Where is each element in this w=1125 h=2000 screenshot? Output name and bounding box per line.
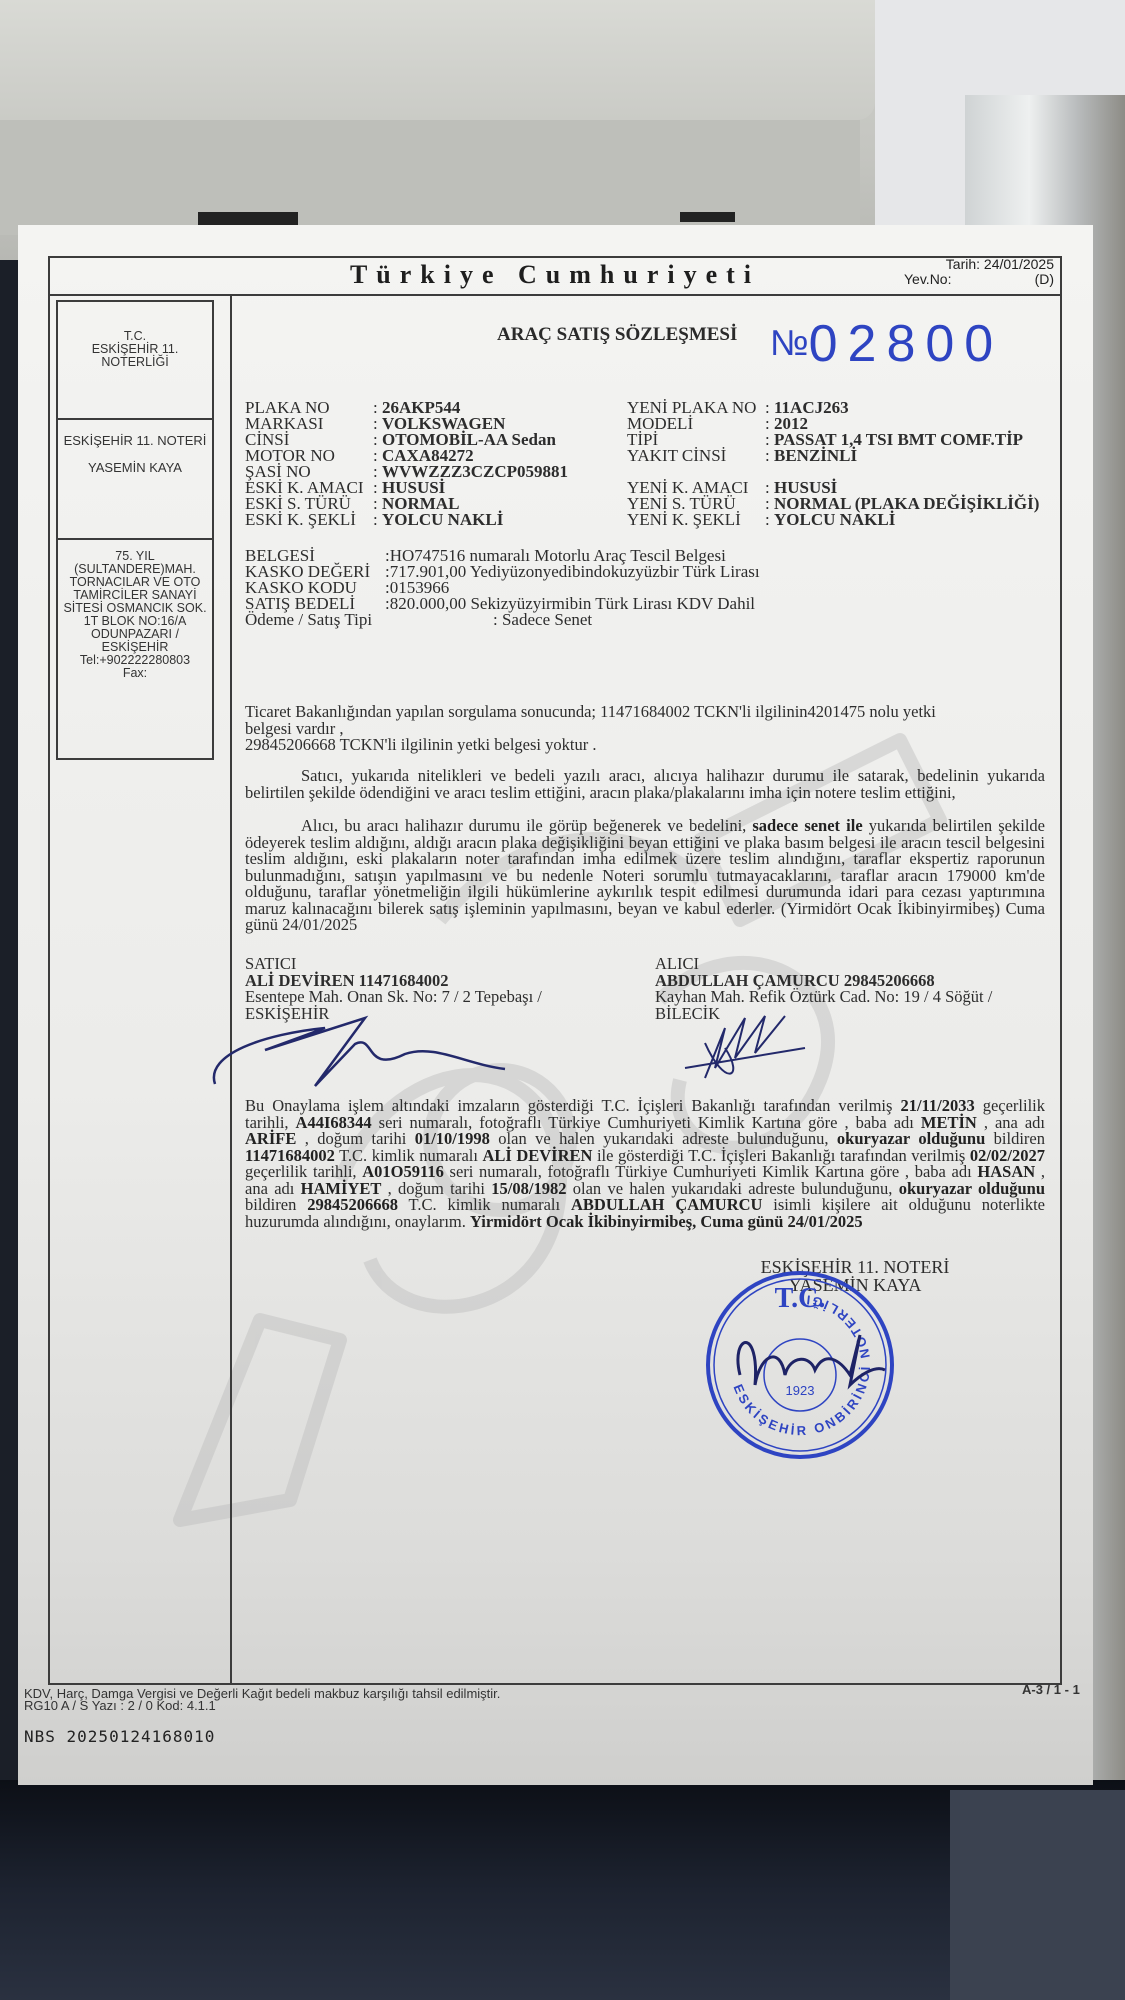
header-yev: Yev.No: (D) xyxy=(904,272,1054,287)
number-sign: № xyxy=(770,322,809,363)
field-separator: : xyxy=(765,446,774,465)
left-panel: T.C.ESKİŞEHİR 11.NOTERLİĞİ ESKİŞEHİR 11.… xyxy=(50,294,232,1683)
field-label: Ödeme / Satış Tipi xyxy=(245,612,493,628)
ticaret-line: 29845206668 TCKN'li ilgilinin yetki belg… xyxy=(245,737,1045,754)
ticaret-line: Ticaret Bakanlığından yapılan sorgulama … xyxy=(245,704,1045,721)
field-label: YAKIT CİNSİ xyxy=(627,448,765,464)
yev-label: Yev.No: xyxy=(904,272,951,287)
footer-code: RG10 A / S Yazı : 2 / 0 Kod: 4.1.1 xyxy=(24,1700,216,1712)
document-number-value: 02800 xyxy=(809,315,1004,373)
buyer-signature xyxy=(675,1008,815,1088)
seller-declaration: Satıcı, yukarıda nitelikleri ve bedeli y… xyxy=(245,768,1045,801)
field-separator: : xyxy=(373,510,382,529)
notary-address-box: 75. YIL(SULTANDERE)MAH.TORNACILAR VE OTO… xyxy=(56,538,214,760)
nbs-number: NBS 20250124168010 xyxy=(24,1727,215,1746)
left-panel-line: Fax: xyxy=(58,667,212,680)
yev-value: (D) xyxy=(1035,272,1054,287)
notary-office-box: T.C.ESKİŞEHİR 11.NOTERLİĞİ xyxy=(56,300,214,420)
header-date: Tarih: 24/01/2025 xyxy=(904,257,1054,272)
field-separator: : xyxy=(765,510,774,529)
printer-body xyxy=(0,0,875,120)
field-value: BENZİNLİ xyxy=(774,446,857,465)
ticaret-query-text: Ticaret Bakanlığından yapılan sorgulama … xyxy=(245,704,1045,754)
printer-slot xyxy=(680,212,735,222)
document-title: ARAÇ SATIŞ SÖZLEŞMESİ xyxy=(497,324,737,346)
notary-name-text: ESKİŞEHİR 11. NOTERİYASEMİN KAYA xyxy=(58,420,212,474)
notary-address-text: 75. YIL(SULTANDERE)MAH.TORNACILAR VE OTO… xyxy=(58,540,212,680)
seller-signature xyxy=(205,1014,525,1094)
field-value: YOLCU NAKLİ xyxy=(774,510,895,529)
footer-page: A-3 / 1 - 1 xyxy=(1022,1684,1080,1696)
field-value: : Sadece Senet xyxy=(493,610,592,629)
document-frame: Türkiye Cumhuriyeti Tarih: 24/01/2025 Ye… xyxy=(48,256,1062,1685)
left-panel-line: YASEMİN KAYA xyxy=(58,461,212,474)
left-panel-line: ESKİŞEHİR 11. NOTERİ xyxy=(58,434,212,447)
buyer-declaration: Alıcı, bu aracı halihazır durumu ile gör… xyxy=(245,818,1045,934)
document-number: №02800 xyxy=(770,314,1003,374)
approval-bold: Yirmidört Ocak İkibinyirmibeş, Cuma günü… xyxy=(470,1212,863,1231)
notary-stamp: T.C. ESKİŞEHİR ONBİRİNCİ NOTERLİĞİ 1923 xyxy=(700,1265,900,1465)
document-header: Türkiye Cumhuriyeti Tarih: 24/01/2025 Ye… xyxy=(50,258,1060,296)
field-label: YENİ K. ŞEKLİ xyxy=(627,512,765,528)
field-label: ESKİ K. ŞEKLİ xyxy=(245,512,373,528)
field-value: YOLCU NAKLİ xyxy=(382,510,503,529)
header-date-block: Tarih: 24/01/2025 Yev.No: (D) xyxy=(904,257,1054,287)
left-panel-line: NOTERLİĞİ xyxy=(58,356,212,369)
field-row: Ödeme / Satış Tipi: Sadece Senet xyxy=(245,612,592,628)
field-row: YAKIT CİNSİ: BENZİNLİ xyxy=(627,448,857,464)
printer-slot xyxy=(198,212,298,226)
stamp-year: 1923 xyxy=(786,1383,815,1398)
notary-office-text: T.C.ESKİŞEHİR 11.NOTERLİĞİ xyxy=(58,302,212,369)
seller-block: SATICI ALİ DEVİREN 11471684002 Esentepe … xyxy=(245,956,645,1022)
field-row: YENİ K. ŞEKLİ: YOLCU NAKLİ xyxy=(627,512,895,528)
background-printer-area xyxy=(0,0,1125,260)
desk-edge xyxy=(950,1790,1125,2000)
buyer-text: yukarıda belirtilen şekilde ödeyerek tes… xyxy=(245,816,1045,934)
field-row: ESKİ K. ŞEKLİ: YOLCU NAKLİ xyxy=(245,512,503,528)
approval-text: Bu Onaylama işlem altındaki imzaların gö… xyxy=(245,1098,1045,1230)
notary-name-box: ESKİŞEHİR 11. NOTERİYASEMİN KAYA xyxy=(56,418,214,540)
